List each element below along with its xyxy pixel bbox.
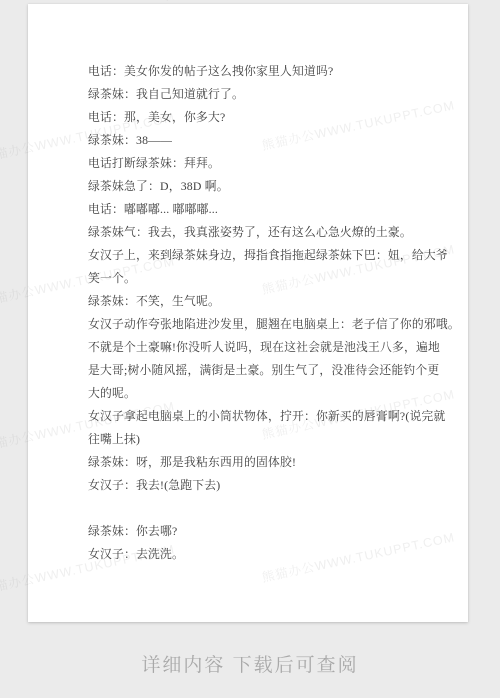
script-line: 电话：美女你发的帖子这么拽你家里人知道吗? — [88, 60, 446, 83]
script-line: 绿茶妹急了：D，38D 啊。 — [88, 175, 446, 198]
script-line: 女汉子：去洗洗。 — [88, 543, 446, 566]
script-line: 不就是个土豪嘛!你没听人说吗，现在这社会就是池浅王八多，遍地 — [88, 336, 446, 359]
document-page: 电话：美女你发的帖子这么拽你家里人知道吗? 绿茶妹：我自己知道就行了。 电话：那… — [28, 4, 468, 622]
script-line: 女汉子动作夸张地陷进沙发里，腿翘在电脑桌上：老子信了你的邪哦。 — [88, 313, 446, 336]
script-line: 电话：那，美女，你多大? — [88, 106, 446, 129]
script-line: 往嘴上抹) — [88, 428, 446, 451]
document-preview: 电话：美女你发的帖子这么拽你家里人知道吗? 绿茶妹：我自己知道就行了。 电话：那… — [0, 0, 500, 698]
script-line: 女汉子上，来到绿茶妹身边，拇指食指拖起绿茶妹下巴：妞，给大爷 — [88, 244, 446, 267]
script-line: 电话打断绿茶妹：拜拜。 — [88, 152, 446, 175]
script-line: 女汉子：我去!(急跑下去) — [88, 474, 446, 497]
script-line: 是大哥;树小随风摇，满街是土豪。别生气了，没准待会还能钓个更 — [88, 359, 446, 382]
script-line: 女汉子拿起电脑桌上的小筒状物体，拧开：你新买的唇膏啊?(说完就 — [88, 405, 446, 428]
script-line — [88, 497, 446, 520]
script-line: 大的呢。 — [88, 382, 446, 405]
script-line: 电话：嘟嘟嘟... 嘟嘟嘟... — [88, 198, 446, 221]
script-content: 电话：美女你发的帖子这么拽你家里人知道吗? 绿茶妹：我自己知道就行了。 电话：那… — [28, 4, 468, 622]
script-line: 笑一个。 — [88, 267, 446, 290]
script-line: 绿茶妹气：我去，我真涨姿势了，还有这么心急火燎的土豪。 — [88, 221, 446, 244]
script-line: 绿茶妹：不笑，生气呢。 — [88, 290, 446, 313]
script-line: 绿茶妹：你去哪? — [88, 520, 446, 543]
script-line: 绿茶妹：38—— — [88, 129, 446, 152]
script-line: 绿茶妹：呀，那是我粘东西用的固体胶! — [88, 451, 446, 474]
script-line: 绿茶妹：我自己知道就行了。 — [88, 83, 446, 106]
download-hint: 详细内容 下载后可查阅 — [0, 650, 500, 677]
